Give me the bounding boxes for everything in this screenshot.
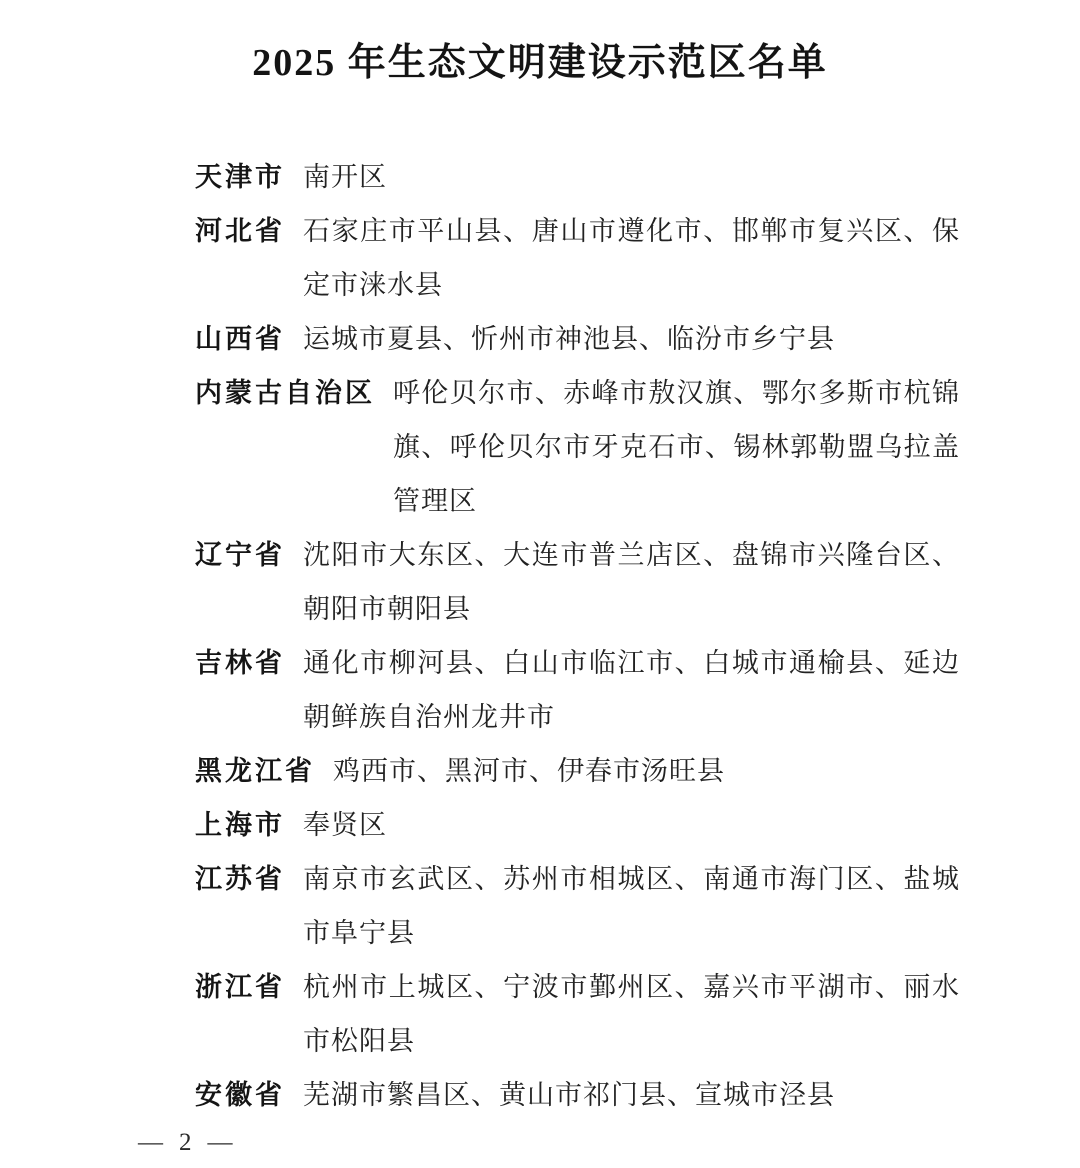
province-areas: 沈阳市大东区、大连市普兰店区、盘锦市兴隆台区、朝阳市朝阳县 bbox=[303, 528, 960, 636]
province-row: 上海市奉贤区 bbox=[195, 798, 960, 852]
province-name: 浙江省 bbox=[195, 960, 285, 1014]
province-name: 辽宁省 bbox=[195, 528, 285, 582]
province-areas: 运城市夏县、忻州市神池县、临汾市乡宁县 bbox=[303, 312, 960, 366]
province-areas: 鸡西市、黑河市、伊春市汤旺县 bbox=[333, 744, 960, 798]
province-list: 天津市南开区河北省石家庄市平山县、唐山市遵化市、邯郸市复兴区、保定市涞水县山西省… bbox=[195, 150, 960, 1122]
province-row: 河北省石家庄市平山县、唐山市遵化市、邯郸市复兴区、保定市涞水县 bbox=[195, 204, 960, 312]
province-name: 山西省 bbox=[195, 312, 285, 366]
province-name: 河北省 bbox=[195, 204, 285, 258]
province-areas: 芜湖市繁昌区、黄山市祁门县、宣城市泾县 bbox=[303, 1068, 960, 1122]
province-areas: 南开区 bbox=[303, 150, 960, 204]
province-row: 天津市南开区 bbox=[195, 150, 960, 204]
province-row: 江苏省南京市玄武区、苏州市相城区、南通市海门区、盐城市阜宁县 bbox=[195, 852, 960, 960]
province-areas: 通化市柳河县、白山市临江市、白城市通榆县、延边朝鲜族自治州龙井市 bbox=[303, 636, 960, 744]
footer-dash-left: — bbox=[138, 1129, 163, 1156]
province-row: 黑龙江省鸡西市、黑河市、伊春市汤旺县 bbox=[195, 744, 960, 798]
province-name: 黑龙江省 bbox=[195, 744, 315, 798]
page-title: 2025 年生态文明建设示范区名单 bbox=[0, 0, 1080, 86]
page-footer: —2— bbox=[130, 1128, 241, 1158]
province-row: 辽宁省沈阳市大东区、大连市普兰店区、盘锦市兴隆台区、朝阳市朝阳县 bbox=[195, 528, 960, 636]
province-name: 上海市 bbox=[195, 798, 285, 852]
province-row: 山西省运城市夏县、忻州市神池县、临汾市乡宁县 bbox=[195, 312, 960, 366]
province-name: 天津市 bbox=[195, 150, 285, 204]
province-areas: 南京市玄武区、苏州市相城区、南通市海门区、盐城市阜宁县 bbox=[303, 852, 960, 960]
footer-dash-right: — bbox=[208, 1129, 233, 1156]
province-row: 吉林省通化市柳河县、白山市临江市、白城市通榆县、延边朝鲜族自治州龙井市 bbox=[195, 636, 960, 744]
province-name: 内蒙古自治区 bbox=[195, 366, 375, 420]
province-name: 安徽省 bbox=[195, 1068, 285, 1122]
province-row: 安徽省芜湖市繁昌区、黄山市祁门县、宣城市泾县 bbox=[195, 1068, 960, 1122]
province-name: 江苏省 bbox=[195, 852, 285, 906]
province-areas: 奉贤区 bbox=[303, 798, 960, 852]
document-page: 2025 年生态文明建设示范区名单 天津市南开区河北省石家庄市平山县、唐山市遵化… bbox=[0, 0, 1080, 1168]
footer-page-number: 2 bbox=[179, 1129, 192, 1156]
province-row: 内蒙古自治区呼伦贝尔市、赤峰市敖汉旗、鄂尔多斯市杭锦旗、呼伦贝尔市牙克石市、锡林… bbox=[195, 366, 960, 528]
province-areas: 呼伦贝尔市、赤峰市敖汉旗、鄂尔多斯市杭锦旗、呼伦贝尔市牙克石市、锡林郭勒盟乌拉盖… bbox=[393, 366, 960, 528]
province-areas: 石家庄市平山县、唐山市遵化市、邯郸市复兴区、保定市涞水县 bbox=[303, 204, 960, 312]
province-name: 吉林省 bbox=[195, 636, 285, 690]
province-areas: 杭州市上城区、宁波市鄞州区、嘉兴市平湖市、丽水市松阳县 bbox=[303, 960, 960, 1068]
province-row: 浙江省杭州市上城区、宁波市鄞州区、嘉兴市平湖市、丽水市松阳县 bbox=[195, 960, 960, 1068]
